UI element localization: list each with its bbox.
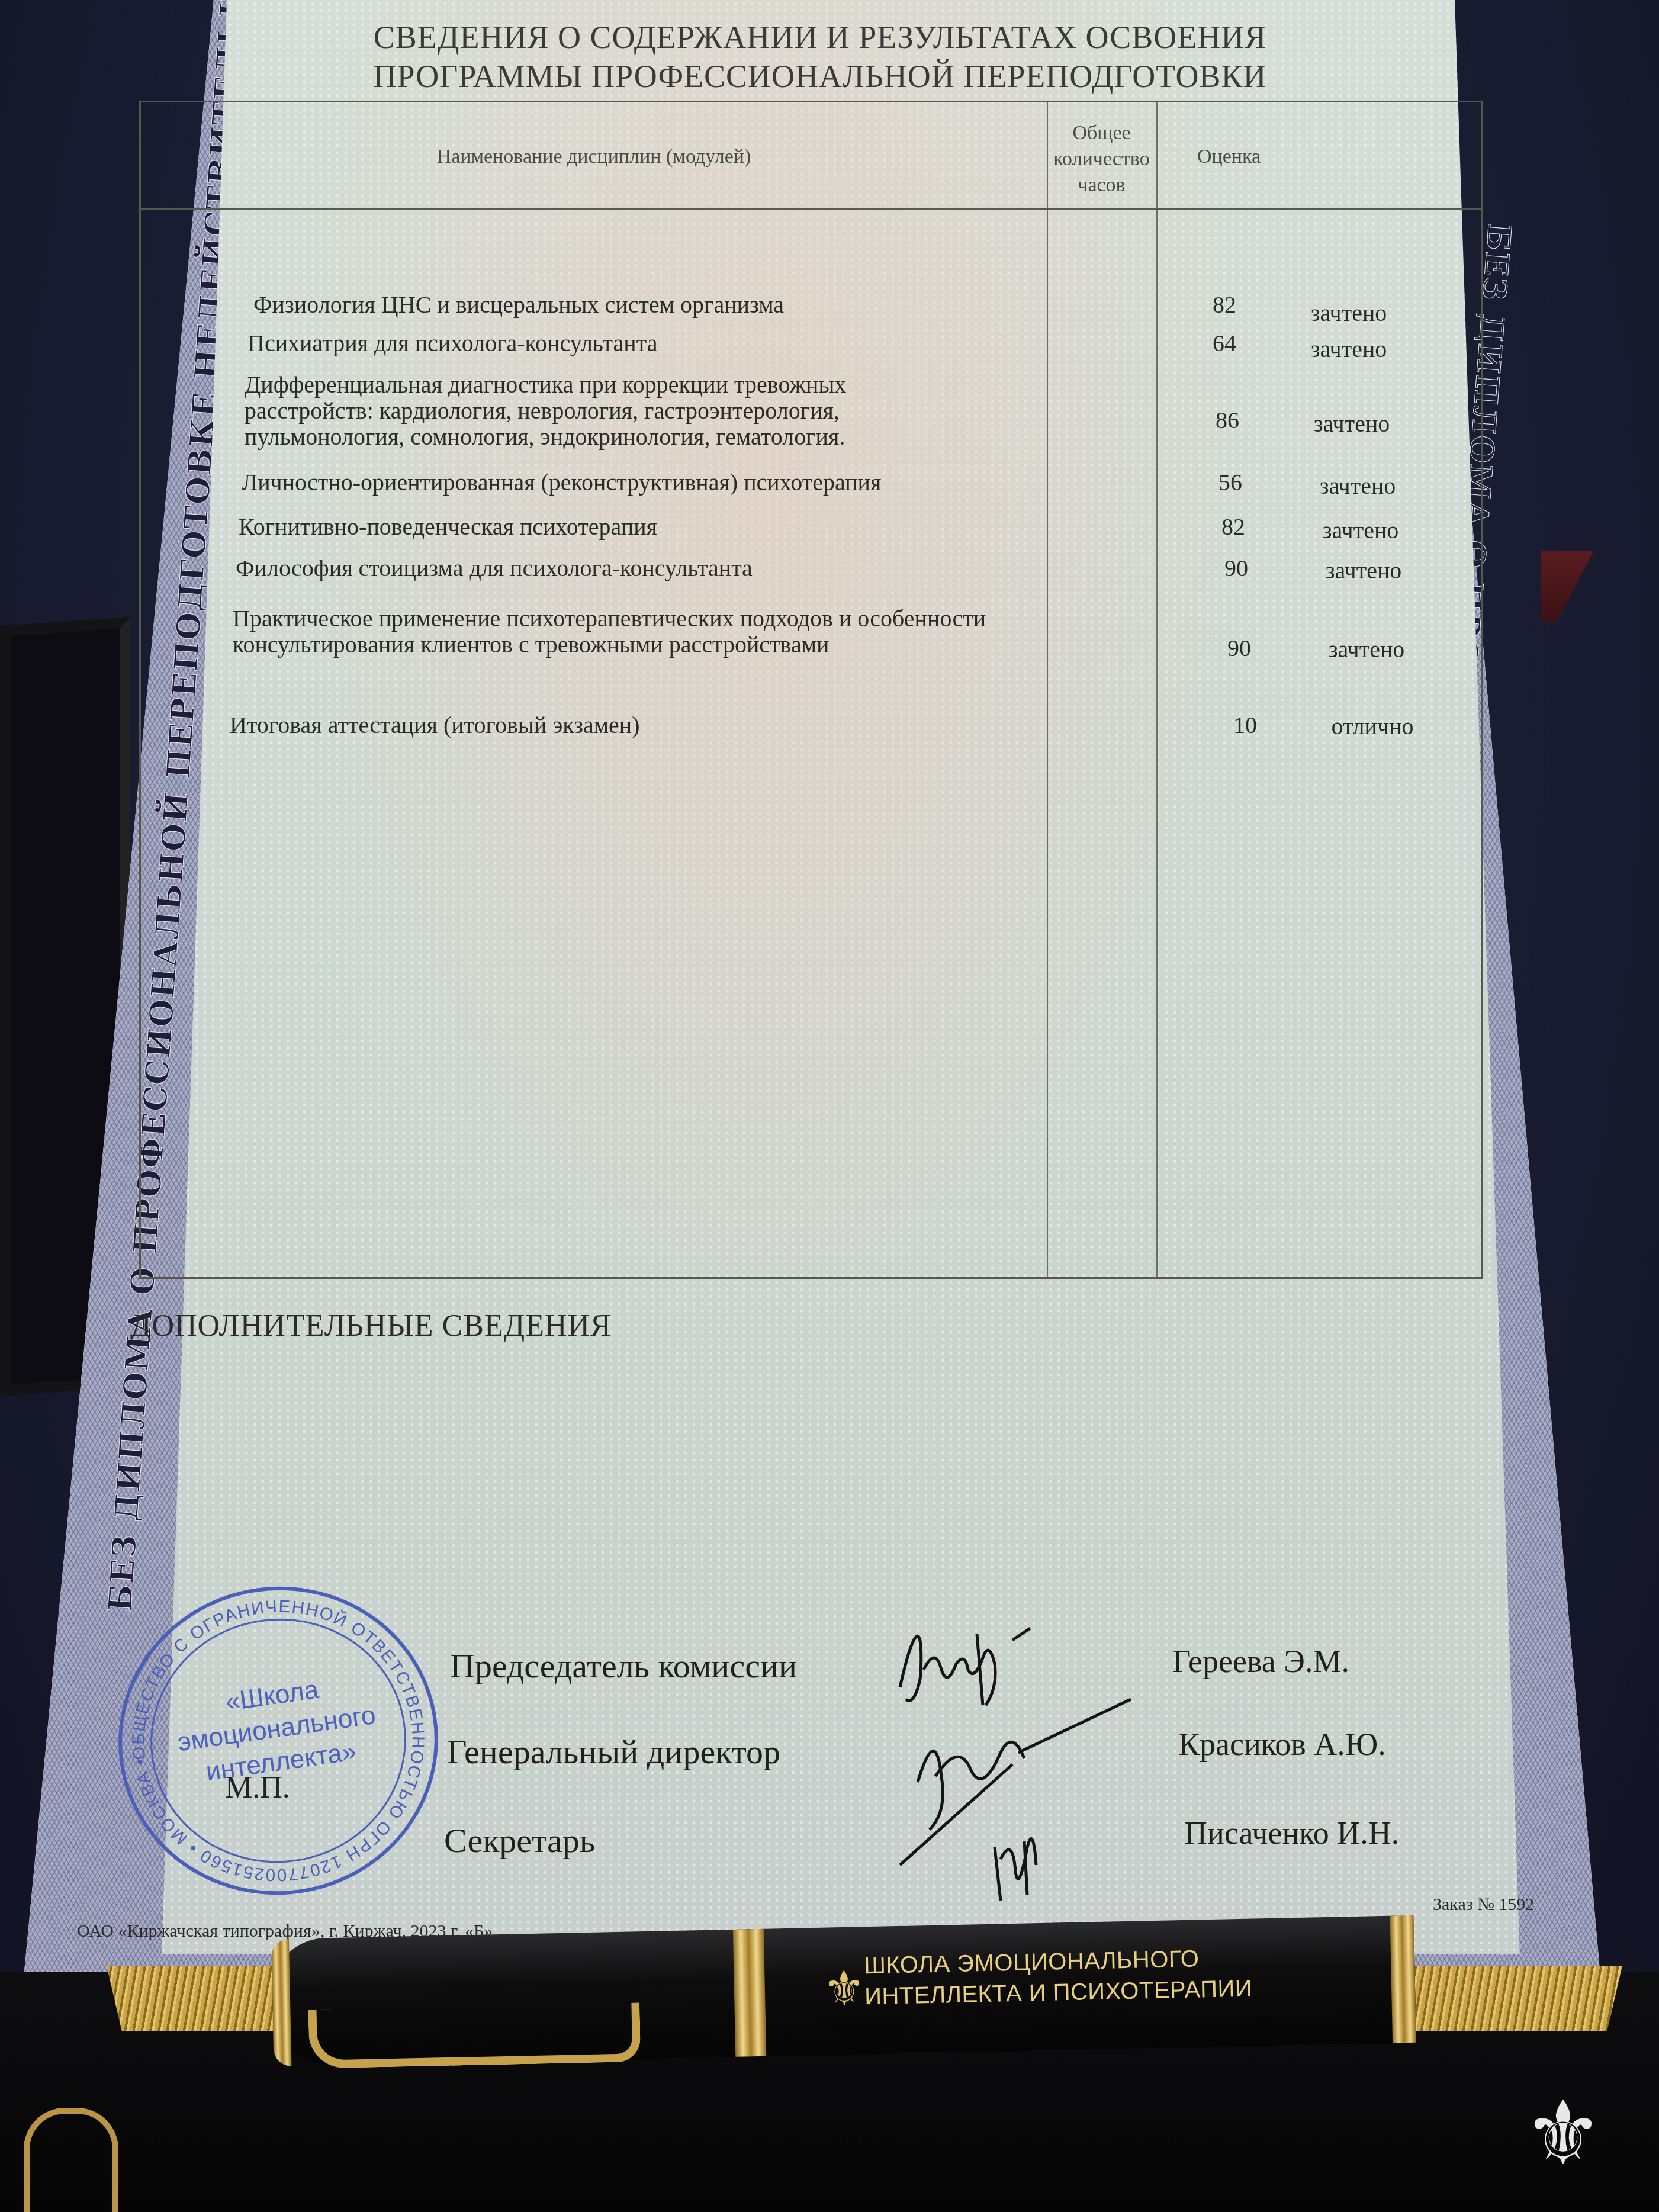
row-grade: отлично bbox=[1307, 713, 1438, 740]
header-discipline: Наименование дисциплин (модулей) bbox=[141, 144, 1047, 170]
row-grade: зачтено bbox=[1301, 636, 1432, 663]
document-title: Сведения о содержании и результатах осво… bbox=[332, 18, 1308, 96]
header-grade: Оценка bbox=[1156, 144, 1301, 170]
row-grade: зачтено bbox=[1284, 336, 1414, 362]
row-hours: 82 bbox=[1198, 514, 1269, 540]
row-grade: зачтено bbox=[1295, 517, 1426, 544]
row-discipline: Философия стоицизма для психолога-консул… bbox=[236, 555, 1035, 581]
pen-gold-tip bbox=[1390, 1915, 1416, 2043]
seal-place-label: М.П. bbox=[225, 1770, 290, 1805]
fountain-pen: ⚜ ШКОЛА ЭМОЦИОНАЛЬНОГО ИНТЕЛЛЕКТА И ПСИХ… bbox=[271, 1915, 1416, 2066]
column-divider-grade bbox=[1156, 102, 1158, 1277]
pen-engraving: ШКОЛА ЭМОЦИОНАЛЬНОГО ИНТЕЛЛЕКТА И ПСИХОТ… bbox=[864, 1943, 1253, 2012]
row-discipline: Психиатрия для психолога-консультанта bbox=[247, 330, 1047, 356]
row-discipline: Физиология ЦНС и висцеральных систем орг… bbox=[253, 292, 1053, 318]
header-divider bbox=[141, 208, 1481, 210]
signature-role-chairman: Председатель комиссии bbox=[450, 1646, 797, 1686]
gold-ornament-icon bbox=[24, 2108, 118, 2212]
signature-role-secretary: Секретарь bbox=[444, 1821, 595, 1860]
signature-role-director: Генеральный директор bbox=[447, 1732, 780, 1771]
crest-watermark-icon: ⚜ bbox=[1516, 2060, 1610, 2208]
row-grade: зачтено bbox=[1293, 473, 1423, 499]
header-hours: Общее количество часов bbox=[1047, 120, 1156, 198]
row-hours: 64 bbox=[1189, 330, 1260, 356]
pen-gold-band bbox=[733, 1929, 766, 2057]
row-hours: 90 bbox=[1201, 555, 1272, 581]
header-hours-line2: количество bbox=[1047, 146, 1156, 172]
maroon-folder-corner bbox=[1541, 551, 1594, 622]
crest-icon: ⚜ bbox=[822, 1957, 853, 2023]
row-discipline: Практическое применение психотерапевтиче… bbox=[233, 606, 1014, 658]
column-divider-hours bbox=[1047, 102, 1048, 1277]
row-discipline: Дифференциальная диагностика при коррекц… bbox=[245, 372, 955, 450]
pen-cap-end bbox=[271, 1939, 291, 2067]
signature-name-secretary: Писаченко И.Н. bbox=[1184, 1815, 1399, 1851]
signature-name-chairman: Гереева Э.М. bbox=[1172, 1643, 1349, 1680]
row-grade: зачтено bbox=[1287, 411, 1417, 437]
row-grade: зачтено bbox=[1298, 558, 1429, 584]
handwritten-signatures bbox=[876, 1599, 1184, 1906]
row-discipline: Итоговая аттестация (итоговый экзамен) bbox=[230, 712, 1029, 738]
header-hours-line1: Общее bbox=[1047, 120, 1156, 146]
signature-name-director: Красиков А.Ю. bbox=[1178, 1726, 1386, 1763]
disciplines-table: Наименование дисциплин (модулей) Общее к… bbox=[139, 101, 1483, 1279]
row-discipline: Личностно-ориентированная (реконструктив… bbox=[242, 470, 1041, 496]
header-hours-line3: часов bbox=[1047, 172, 1156, 198]
row-discipline: Когнитивно-поведенческая психотерапия bbox=[239, 514, 1038, 540]
row-hours: 82 bbox=[1189, 292, 1260, 318]
document-title-line1: Сведения о содержании и результатах осво… bbox=[332, 18, 1308, 57]
row-hours: 56 bbox=[1195, 470, 1266, 496]
pen-clip bbox=[308, 2002, 641, 2069]
document-title-line2: программы профессиональной переподготовк… bbox=[332, 57, 1308, 96]
official-stamp: ОБЩЕСТВО С ОГРАНИЧЕННОЙ ОТВЕТСТВЕННОСТЬЮ… bbox=[98, 1566, 458, 1915]
additional-info-title: Дополнительные сведения bbox=[130, 1308, 612, 1343]
row-hours: 90 bbox=[1204, 635, 1275, 661]
row-grade: зачтено bbox=[1284, 300, 1414, 326]
order-number: Заказ № 1592 bbox=[1433, 1895, 1534, 1915]
row-hours: 86 bbox=[1192, 407, 1263, 433]
row-hours: 10 bbox=[1210, 712, 1281, 738]
